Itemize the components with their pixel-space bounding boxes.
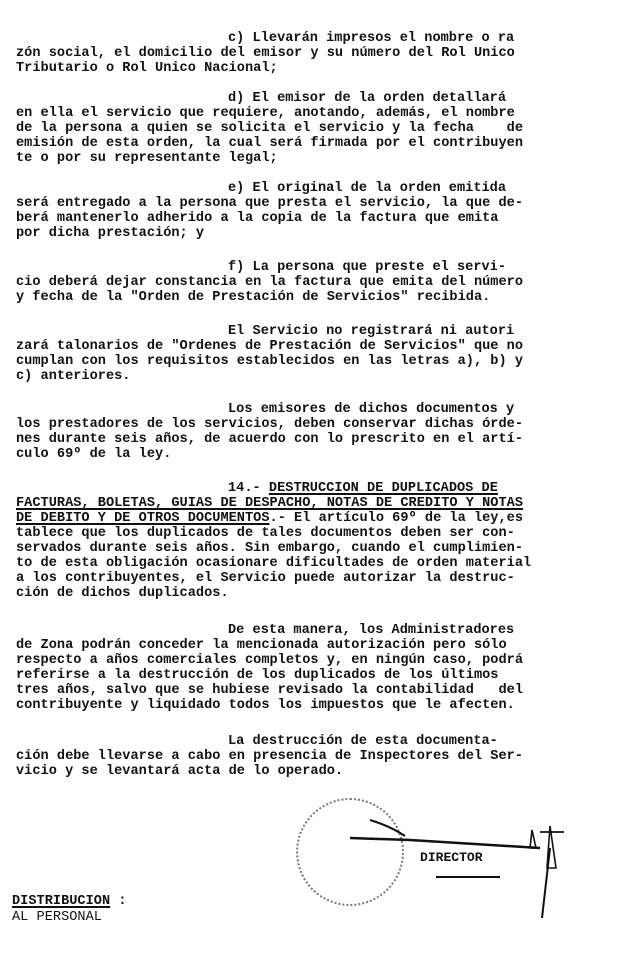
section-title: DESTRUCCION DE DUPLICADOS DE (269, 481, 498, 496)
paragraph-c-line: c) Llevarán impresos el nombre o ra (228, 31, 514, 46)
paragraph-f-line: y fecha de la "Orden de Prestación de Se… (16, 290, 490, 305)
section-14-line: ción de dichos duplicados. (16, 586, 229, 601)
section-14-line: a los contribuyentes, el Servicio puede … (16, 571, 515, 586)
paragraph-administradores-line: tres años, salvo que se hubiese revisado… (16, 683, 523, 698)
distribution-label: DISTRIBUCION (12, 894, 110, 909)
paragraph-acta-line: ción debe llevarse a cabo en presencia d… (16, 749, 523, 764)
paragraph-f-line: f) La persona que preste el servi- (228, 260, 506, 275)
paragraph-administradores-line: De esta manera, los Administradores (228, 623, 514, 638)
paragraph-conservar-line: los prestadores de los servicios, deben … (16, 417, 523, 432)
paragraph-conservar-line: culo 69º de la ley. (16, 447, 171, 462)
signature-scribble (350, 808, 580, 928)
paragraph-e-line: por dicha prestación; y (16, 226, 204, 241)
paragraph-conservar-line: nes durante seis años, de acuerdo con lo… (16, 432, 523, 447)
paragraph-conservar-line: Los emisores de dichos documentos y (228, 402, 514, 417)
paragraph-c-line: zón social, el domicilio del emisor y su… (16, 46, 515, 61)
section-title: FACTURAS, BOLETAS, GUIAS DE DESPACHO, NO… (16, 496, 523, 511)
paragraph-d-line: te o por su representante legal; (16, 151, 278, 166)
section-14-heading-line: DE DEBITO Y DE OTROS DOCUMENTOS.- El art… (16, 511, 523, 526)
section-14-text: .- El artículo 69º de la ley,es (270, 511, 524, 526)
paragraph-c-line: Tributario o Rol Unico Nacional; (16, 61, 278, 76)
distribution-separator: : (118, 894, 126, 909)
paragraph-e-line: berá mantenerlo adherido a la copia de l… (16, 211, 498, 226)
paragraph-d-line: emisión de esta orden, la cual será firm… (16, 136, 523, 151)
section-number: 14.- (228, 481, 261, 496)
signature-underline (436, 876, 500, 878)
signature-title: DIRECTOR (420, 850, 483, 865)
document-page: c) Llevarán impresos el nombre o ra zón … (0, 0, 630, 974)
distribution-heading: DISTRIBUCION : (12, 894, 127, 909)
paragraph-d-line: d) El emisor de la orden detallará (228, 91, 506, 106)
paragraph-e-line: será entregado a la persona que presta e… (16, 196, 523, 211)
paragraph-registro-line: El Servicio no registrará ni autori (228, 324, 514, 339)
section-title: DE DEBITO Y DE OTROS DOCUMENTOS (16, 511, 270, 526)
paragraph-d-line: en ella el servicio que requiere, anotan… (16, 106, 515, 121)
paragraph-administradores-line: respecto a años comerciales completos y,… (16, 653, 523, 668)
paragraph-e-line: e) El original de la orden emitida (228, 181, 506, 196)
paragraph-acta-line: vicio y se levantará acta de lo operado. (16, 764, 343, 779)
section-14-line: to de esta obligación ocasionare dificul… (16, 556, 531, 571)
distribution-recipient: AL PERSONAL (12, 910, 102, 925)
section-14-line: servados durante seis años. Sin embargo,… (16, 541, 523, 556)
paragraph-registro-line: cumplan con los requisitos establecidos … (16, 354, 523, 369)
section-14-line: tablece que los duplicados de tales docu… (16, 526, 515, 541)
paragraph-administradores-line: referirse a la destrucción de los duplic… (16, 668, 498, 683)
section-14-heading-line: 14.- DESTRUCCION DE DUPLICADOS DE (228, 481, 498, 496)
paragraph-acta-line: La destrucción de esta documenta- (228, 734, 498, 749)
paragraph-administradores-line: contribuyente y liquidado todos los impu… (16, 698, 515, 713)
paragraph-d-line: de la persona a quien se solicita el ser… (16, 121, 523, 136)
paragraph-f-line: cio deberá dejar constancia en la factur… (16, 275, 523, 290)
section-14-heading-line: FACTURAS, BOLETAS, GUIAS DE DESPACHO, NO… (16, 496, 523, 511)
paragraph-administradores-line: de Zona podrán conceder la mencionada au… (16, 638, 507, 653)
paragraph-registro-line: zará talonarios de "Ordenes de Prestació… (16, 339, 523, 354)
paragraph-registro-line: c) anteriores. (16, 369, 131, 384)
